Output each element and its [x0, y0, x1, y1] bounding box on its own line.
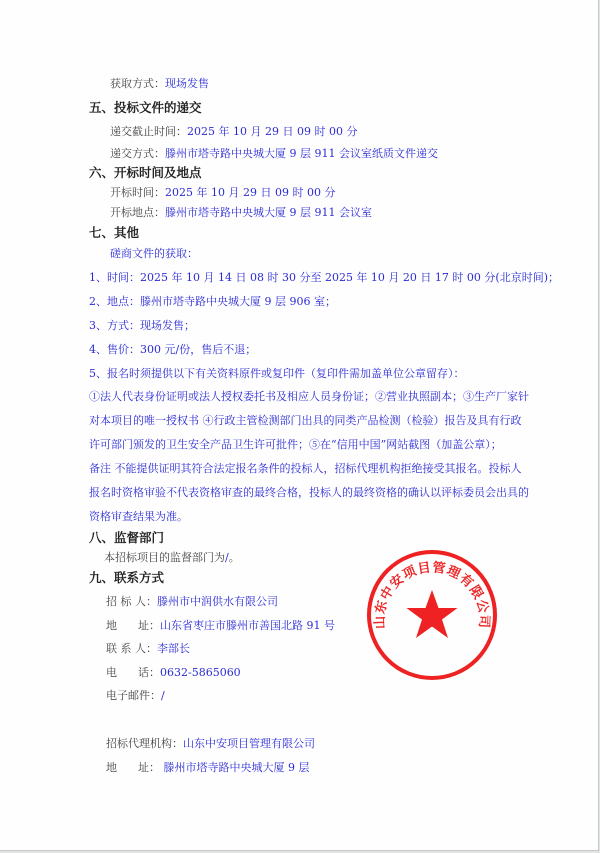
- phone-line: 电 话：0632-5865060: [106, 666, 241, 680]
- tenderer-value: 滕州市中润供水有限公司: [157, 595, 278, 608]
- contact-person-line: 联 系 人：李部长: [106, 642, 190, 656]
- agency-address-value: 滕州市塔寺路中央城大厦 9 层: [163, 761, 309, 774]
- required-docs-line-2: 对本项目的唯一授权书 ④行政主管检测部门出具的同类产品检测（检验）报告及具有行政: [89, 414, 522, 428]
- document-page: 获取方式：现场发售 五、投标文件的递交 递交截止时间：2025 年 10 月 2…: [0, 0, 599, 851]
- section-6-heading: 六、开标时间及地点: [89, 165, 202, 181]
- required-docs-line-3: 许可部门颁发的卫生安全产品卫生许可批件；⑤在“信用中国”网站截图（加盖公章）；: [89, 438, 502, 452]
- agency-address-line: 地 址： 滕州市塔寺路中央城大厦 9 层: [106, 761, 309, 775]
- company-seal: 山东中安项目管理有限公司: [362, 545, 502, 685]
- agency-label: 招标代理机构：: [106, 737, 183, 750]
- note-line-2: 报名时资格审验不代表资格审查的最终合格，投标人的最终资格的确认以评标委员会出具的: [89, 486, 529, 500]
- seal-stamp-icon: 山东中安项目管理有限公司: [362, 545, 502, 685]
- agency-address-label: 地 址：: [106, 761, 160, 774]
- acquire-method-value: 现场发售: [165, 77, 209, 90]
- section-7-heading: 七、其他: [89, 225, 139, 241]
- supervisory-dept-line: 本招标项目的监督部门为/。: [104, 551, 240, 565]
- opening-place-value: 滕州市塔寺路中央城大厦 9 层 911 会议室: [165, 206, 372, 219]
- email-value: /: [161, 689, 165, 702]
- email-line: 电子邮件：/: [106, 689, 165, 703]
- contact-person-value: 李部长: [157, 642, 190, 655]
- item-2-place: 2、地点：滕州市塔寺路中央城大厦 9 层 906 室；: [89, 295, 336, 309]
- opening-place-line: 开标地点：滕州市塔寺路中央城大厦 9 层 911 会议室: [110, 206, 372, 220]
- agency-line: 招标代理机构：山东中安项目管理有限公司: [106, 737, 315, 751]
- tenderer-address-line: 地 址：山东省枣庄市滕州市善国北路 91 号: [106, 619, 335, 633]
- acquire-method-line: 获取方式：现场发售: [110, 77, 209, 91]
- opening-place-label: 开标地点：: [110, 206, 165, 219]
- item-1-time: 1、时间：2025 年 10 月 14 日 08 时 30 分至 2025 年 …: [89, 271, 559, 285]
- submission-method-label: 递交方式：: [110, 147, 165, 160]
- phone-label: 电 话：: [106, 666, 160, 679]
- submission-deadline-label: 递交截止时间：: [110, 125, 187, 138]
- supervisory-dept-suffix: 。: [229, 551, 240, 564]
- required-docs-line-1: ①法人代表身份证明或法人授权委托书及相应人员身份证；②营业执照副本；③生产厂家针: [89, 390, 529, 404]
- item-5-requirements: 5、报名时须提供以下有关资料原件或复印件（复印件需加盖单位公章留存）：: [89, 367, 465, 381]
- tenderer-address-label: 地 址：: [106, 619, 160, 632]
- tenderer-address-value: 山东省枣庄市滕州市善国北路 91 号: [160, 619, 335, 632]
- contact-person-label: 联 系 人：: [106, 642, 157, 655]
- note-line-3: 资格审查结果为准。: [89, 510, 188, 524]
- submission-deadline-line: 递交截止时间：2025 年 10 月 29 日 09 时 00 分: [110, 125, 357, 139]
- item-4-price: 4、售价：300 元/份，售后不退；: [89, 343, 256, 357]
- tenderer-label: 招 标 人：: [106, 595, 157, 608]
- submission-method-line: 递交方式：滕州市塔寺路中央城大厦 9 层 911 会议室纸质文件递交: [110, 147, 438, 161]
- supervisory-dept-prefix: 本招标项目的监督部门为: [104, 551, 225, 564]
- note-line-1: 备注 不能提供证明其符合法定报名条件的投标人，招标代理机构拒绝接受其报名。投标人: [89, 462, 522, 476]
- opening-time-value: 2025 年 10 月 29 日 09 时 00 分: [165, 186, 335, 199]
- agency-value: 山东中安项目管理有限公司: [183, 737, 315, 750]
- phone-value: 0632-5865060: [160, 666, 241, 679]
- consultation-doc-intro: 磋商文件的获取：: [110, 247, 198, 261]
- item-3-method: 3、方式：现场发售；: [89, 319, 195, 333]
- section-8-heading: 八、监督部门: [89, 530, 164, 546]
- submission-deadline-value: 2025 年 10 月 29 日 09 时 00 分: [187, 125, 357, 138]
- section-9-heading: 九、联系方式: [89, 570, 164, 586]
- submission-method-value: 滕州市塔寺路中央城大厦 9 层 911 会议室纸质文件递交: [165, 147, 438, 160]
- star-icon: [407, 590, 458, 638]
- acquire-method-label: 获取方式：: [110, 77, 165, 90]
- section-5-heading: 五、投标文件的递交: [89, 100, 202, 116]
- opening-time-line: 开标时间：2025 年 10 月 29 日 09 时 00 分: [110, 186, 335, 200]
- tenderer-line: 招 标 人：滕州市中润供水有限公司: [106, 595, 278, 609]
- email-label: 电子邮件：: [106, 689, 161, 702]
- opening-time-label: 开标时间：: [110, 186, 165, 199]
